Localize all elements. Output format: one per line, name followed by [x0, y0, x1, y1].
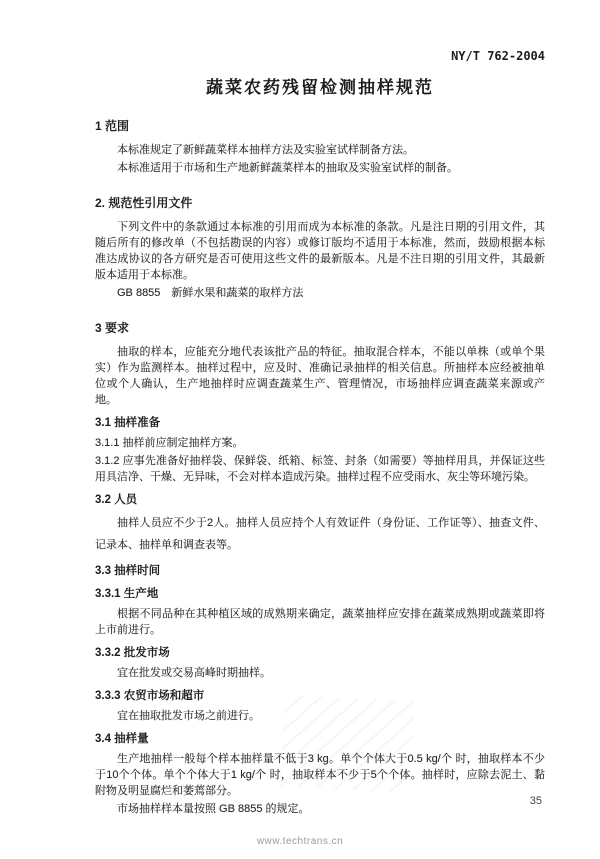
- footer-watermark-url: www.techtrans.cn: [0, 836, 600, 847]
- subsection-heading: 3.1 抽样准备: [95, 416, 545, 431]
- paragraph: 3.1.2 应事先准备好抽样袋、保鲜袋、纸箱、标签、封条（如需要）等抽样用具，并…: [95, 453, 545, 485]
- paragraph: 3.1.1 抽样前应制定抽样方案。: [95, 435, 545, 451]
- reference-item: GB 8855 新鲜水果和蔬菜的取样方法: [95, 285, 545, 301]
- document-title: 蔬菜农药残留检测抽样规范: [95, 77, 545, 99]
- document-page: NY/T 762-2004 蔬菜农药残留检测抽样规范 1 范围 本标准规定了新鲜…: [0, 0, 600, 859]
- page-number: 35: [530, 795, 542, 807]
- paragraph: 宜在批发或交易高峰时期抽样。: [95, 665, 545, 681]
- section-heading: 3 要求: [95, 321, 545, 336]
- subsection-heading: 3.3.2 批发市场: [95, 646, 545, 661]
- paragraph: 根据不同品种在其种植区域的成熟期来确定，蔬菜抽样应安排在蔬菜成熟期或蔬菜即将上市…: [95, 606, 545, 638]
- section-heading: 2. 规范性引用文件: [95, 196, 545, 211]
- paragraph: 下列文件中的条款通过本标准的引用而成为本标准的条款。凡是注日期的引用文件，其随后…: [95, 219, 545, 283]
- subsection-heading: 3.4 抽样量: [95, 732, 545, 747]
- paragraph: 本标准适用于市场和生产地新鲜蔬菜样本的抽取及实验室试样的制备。: [95, 160, 545, 176]
- subsection-heading: 3.3.3 农贸市场和超市: [95, 689, 545, 704]
- standard-code: NY/T 762-2004: [95, 50, 545, 63]
- paragraph: 市场抽样样本量按照 GB 8855 的规定。: [95, 801, 545, 817]
- subsection-heading: 3.3 抽样时间: [95, 564, 545, 579]
- paragraph: 抽取的样本，应能充分地代表该批产品的特征。抽取混合样本，不能以单株（或单个果实）…: [95, 344, 545, 408]
- paragraph: 生产地抽样一般每个样本抽样量不低于3 kg。单个个体大于0.5 kg/个 时，抽…: [95, 751, 545, 799]
- subsection-heading: 3.3.1 生产地: [95, 587, 545, 602]
- subsection-heading: 3.2 人员: [95, 493, 545, 508]
- paragraph: 宜在抽取批发市场之前进行。: [95, 708, 545, 724]
- paragraph: 抽样人员应不少于2人。抽样人员应持个人有效证件（身份证、工作证等）、抽查文件、记…: [95, 512, 545, 556]
- paragraph: 本标准规定了新鲜蔬菜样本抽样方法及实验室试样制备方法。: [95, 142, 545, 158]
- section-heading: 1 范围: [95, 119, 545, 134]
